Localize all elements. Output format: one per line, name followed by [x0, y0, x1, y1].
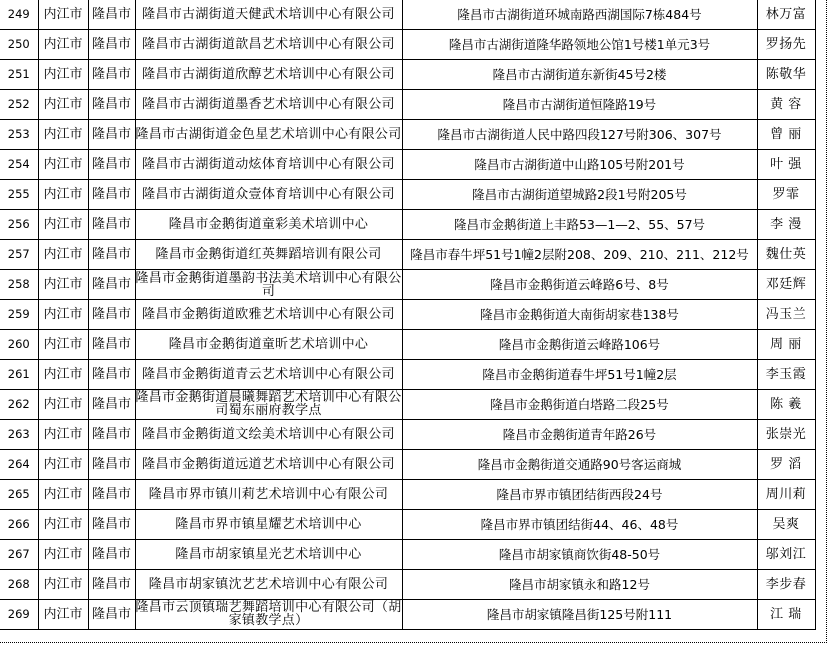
address-cell[interactable]: 隆昌市界市镇团结街西段24号 [402, 480, 757, 510]
row-number-cell[interactable]: 258 [0, 270, 38, 300]
address-cell[interactable]: 隆昌市金鹅街道云峰路106号 [402, 330, 757, 360]
county-cell[interactable]: 隆昌市 [88, 30, 135, 60]
legal-person-cell[interactable]: 罗霏 [757, 180, 815, 210]
address-cell[interactable]: 隆昌市古湖街道中山路105号附201号 [402, 150, 757, 180]
table-row: 253内江市隆昌市隆昌市古湖街道金色星艺术培训中心有限公司隆昌市古湖街道人民中路… [0, 120, 815, 150]
institution-name-text: 隆昌市金鹅街道墨韵书法美术培训中心有限公司 [136, 271, 402, 299]
institution-name-cell[interactable]: 隆昌市金鹅街道童昕艺术培训中心 [135, 330, 402, 360]
row-number-cell[interactable]: 261 [0, 360, 38, 390]
legal-person-cell[interactable]: 冯玉兰 [757, 300, 815, 330]
institution-name-text: 隆昌市金鹅街道童彩美术培训中心 [169, 217, 369, 232]
legal-person-cell[interactable]: 叶 强 [757, 150, 815, 180]
institution-name-cell[interactable]: 隆昌市金鹅街道欧雅艺术培训中心有限公司 [135, 300, 402, 330]
institution-name-cell[interactable]: 隆昌市界市镇川莉艺术培训中心有限公司 [135, 480, 402, 510]
county-cell[interactable]: 隆昌市 [88, 600, 135, 630]
table-row: 256内江市隆昌市隆昌市金鹅街道童彩美术培训中心隆昌市金鹅街道上丰路53—1—2… [0, 210, 815, 240]
institution-name-text: 隆昌市金鹅街道欧雅艺术培训中心有限公司 [142, 307, 395, 322]
row-number-cell[interactable]: 262 [0, 390, 38, 420]
table-row: 268内江市隆昌市隆昌市胡家镇沈艺艺术培训中心有限公司隆昌市胡家镇永和路12号李… [0, 570, 815, 600]
address-cell[interactable]: 隆昌市古湖街道隆华路领地公馆1号楼1单元3号 [402, 30, 757, 60]
city-cell[interactable]: 内江市 [38, 420, 88, 450]
institution-name-text: 隆昌市古湖街道墨香艺术培训中心有限公司 [142, 97, 395, 112]
city-cell[interactable]: 内江市 [38, 90, 88, 120]
row-number-cell[interactable]: 253 [0, 120, 38, 150]
institution-name-text: 隆昌市金鹅街道远道艺术培训中心有限公司 [142, 457, 395, 472]
address-cell[interactable]: 隆昌市古湖街道恒隆路19号 [402, 90, 757, 120]
institution-name-cell[interactable]: 隆昌市金鹅街道晨曦舞蹈艺术培训中心有限公司蜀东丽府教学点 [135, 390, 402, 420]
row-number-cell[interactable]: 257 [0, 240, 38, 270]
address-cell[interactable]: 隆昌市胡家镇隆昌街125号附111 [402, 600, 757, 630]
address-cell[interactable]: 隆昌市金鹅街道上丰路53—1—2、55、57号 [402, 210, 757, 240]
row-number-cell[interactable]: 251 [0, 60, 38, 90]
institution-name-text: 隆昌市金鹅街道红英舞蹈培训有限公司 [155, 247, 381, 262]
row-number-cell[interactable]: 259 [0, 300, 38, 330]
city-cell[interactable]: 内江市 [38, 300, 88, 330]
row-number-cell[interactable]: 265 [0, 480, 38, 510]
county-cell[interactable]: 隆昌市 [88, 510, 135, 540]
legal-person-cell[interactable]: 李 漫 [757, 210, 815, 240]
institution-name-text: 隆昌市古湖街道欣醇艺术培训中心有限公司 [142, 67, 395, 82]
address-cell[interactable]: 隆昌市金鹅街道青年路26号 [402, 420, 757, 450]
city-cell[interactable]: 内江市 [38, 390, 88, 420]
county-cell[interactable]: 隆昌市 [88, 120, 135, 150]
table-row: 255内江市隆昌市隆昌市古湖街道众壹体育培训中心有限公司隆昌市古湖街道望城路2段… [0, 180, 815, 210]
institution-name-text: 隆昌市金鹅街道童昕艺术培训中心 [169, 337, 369, 352]
address-cell[interactable]: 隆昌市春牛坪51号1幢2层附208、209、210、211、212号 [402, 240, 757, 270]
county-cell[interactable]: 隆昌市 [88, 450, 135, 480]
county-cell[interactable]: 隆昌市 [88, 0, 135, 30]
row-number-cell[interactable]: 254 [0, 150, 38, 180]
legal-person-cell[interactable]: 曾 丽 [757, 120, 815, 150]
city-cell[interactable]: 内江市 [38, 360, 88, 390]
institution-name-text: 隆昌市古湖街道歆昌艺术培训中心有限公司 [142, 37, 395, 52]
address-cell[interactable]: 隆昌市金鹅街道春牛坪51号1幢2层 [402, 360, 757, 390]
table-row: 252内江市隆昌市隆昌市古湖街道墨香艺术培训中心有限公司隆昌市古湖街道恒隆路19… [0, 90, 815, 120]
legal-person-cell[interactable]: 邓廷辉 [757, 270, 815, 300]
address-cell[interactable]: 隆昌市胡家镇永和路12号 [402, 570, 757, 600]
table-row: 251内江市隆昌市隆昌市古湖街道欣醇艺术培训中心有限公司隆昌市古湖街道东新街45… [0, 60, 815, 90]
city-cell[interactable]: 内江市 [38, 30, 88, 60]
table-row: 259内江市隆昌市隆昌市金鹅街道欧雅艺术培训中心有限公司隆昌市金鹅街道大南街胡家… [0, 300, 815, 330]
county-cell[interactable]: 隆昌市 [88, 210, 135, 240]
table-row: 263内江市隆昌市隆昌市金鹅街道文绘美术培训中心有限公司隆昌市金鹅街道青年路26… [0, 420, 815, 450]
legal-person-cell[interactable]: 李步春 [757, 570, 815, 600]
institution-name-text: 隆昌市金鹅街道文绘美术培训中心有限公司 [142, 427, 395, 442]
legal-person-cell[interactable]: 周 丽 [757, 330, 815, 360]
county-cell[interactable]: 隆昌市 [88, 240, 135, 270]
city-cell[interactable]: 内江市 [38, 540, 88, 570]
city-cell[interactable]: 内江市 [38, 270, 88, 300]
address-cell[interactable]: 隆昌市古湖街道望城路2段1号附205号 [402, 180, 757, 210]
city-cell[interactable]: 内江市 [38, 570, 88, 600]
institution-name-cell[interactable]: 隆昌市古湖街道欣醇艺术培训中心有限公司 [135, 60, 402, 90]
address-cell[interactable]: 隆昌市古湖街道东新街45号2楼 [402, 60, 757, 90]
institution-name-cell[interactable]: 隆昌市金鹅街道青云艺术培训中心有限公司 [135, 360, 402, 390]
table-row: 249内江市隆昌市隆昌市古湖街道天健武术培训中心有限公司隆昌市古湖街道环城南路西… [0, 0, 815, 30]
address-cell[interactable]: 隆昌市金鹅街道交通路90号客运商城 [402, 450, 757, 480]
table-body: 249内江市隆昌市隆昌市古湖街道天健武术培训中心有限公司隆昌市古湖街道环城南路西… [0, 0, 815, 630]
legal-person-cell[interactable]: 林万富 [757, 0, 815, 30]
institution-name-text: 隆昌市金鹅街道青云艺术培训中心有限公司 [142, 367, 395, 382]
row-number-cell[interactable]: 263 [0, 420, 38, 450]
institution-name-cell[interactable]: 隆昌市界市镇星耀艺术培训中心 [135, 510, 402, 540]
institution-name-cell[interactable]: 隆昌市金鹅街道童彩美术培训中心 [135, 210, 402, 240]
table-row: 266内江市隆昌市隆昌市界市镇星耀艺术培训中心隆昌市界市镇团结街44、46、48… [0, 510, 815, 540]
row-number-cell[interactable]: 268 [0, 570, 38, 600]
county-cell[interactable]: 隆昌市 [88, 330, 135, 360]
institution-name-cell[interactable]: 隆昌市金鹅街道墨韵书法美术培训中心有限公司 [135, 270, 402, 300]
legal-person-cell[interactable]: 黄 容 [757, 90, 815, 120]
county-cell[interactable]: 隆昌市 [88, 60, 135, 90]
row-number-cell[interactable]: 250 [0, 30, 38, 60]
address-cell[interactable]: 隆昌市胡家镇商饮街48-50号 [402, 540, 757, 570]
city-cell[interactable]: 内江市 [38, 150, 88, 180]
institution-name-cell[interactable]: 隆昌市金鹅街道红英舞蹈培训有限公司 [135, 240, 402, 270]
city-cell[interactable]: 内江市 [38, 210, 88, 240]
table-row: 254内江市隆昌市隆昌市古湖街道动炫体育培训中心有限公司隆昌市古湖街道中山路10… [0, 150, 815, 180]
row-number-cell[interactable]: 255 [0, 180, 38, 210]
row-number-cell[interactable]: 249 [0, 0, 38, 30]
legal-person-cell[interactable]: 陈敬华 [757, 60, 815, 90]
city-cell[interactable]: 内江市 [38, 60, 88, 90]
row-number-cell[interactable]: 264 [0, 450, 38, 480]
legal-person-cell[interactable]: 周川莉 [757, 480, 815, 510]
institution-name-text: 隆昌市金鹅街道晨曦舞蹈艺术培训中心有限公司蜀东丽府教学点 [136, 390, 402, 419]
institution-name-cell[interactable]: 隆昌市云顶镇瑞艺舞蹈培训中心有限公司（胡家镇教学点） [135, 600, 402, 630]
table-row: 261内江市隆昌市隆昌市金鹅街道青云艺术培训中心有限公司隆昌市金鹅街道春牛坪51… [0, 360, 815, 390]
page-break-horizontal [0, 642, 827, 643]
address-cell[interactable]: 隆昌市古湖街道环城南路西湖国际7栋484号 [402, 0, 757, 30]
city-cell[interactable]: 内江市 [38, 510, 88, 540]
county-cell[interactable]: 隆昌市 [88, 90, 135, 120]
institution-name-cell[interactable]: 隆昌市胡家镇沈艺艺术培训中心有限公司 [135, 570, 402, 600]
legal-person-cell[interactable]: 陈 羲 [757, 390, 815, 420]
institution-name-cell[interactable]: 隆昌市古湖街道动炫体育培训中心有限公司 [135, 150, 402, 180]
institution-name-text: 隆昌市界市镇星耀艺术培训中心 [175, 517, 361, 532]
table-row: 269内江市隆昌市隆昌市云顶镇瑞艺舞蹈培训中心有限公司（胡家镇教学点）隆昌市胡家… [0, 600, 815, 630]
legal-person-cell[interactable]: 江 瑞 [757, 600, 815, 630]
institution-name-text: 隆昌市云顶镇瑞艺舞蹈培训中心有限公司（胡家镇教学点） [136, 600, 402, 629]
address-cell[interactable]: 隆昌市金鹅街道云峰路6号、8号 [402, 270, 757, 300]
institution-name-text: 隆昌市古湖街道动炫体育培训中心有限公司 [142, 157, 395, 172]
institution-name-text: 隆昌市胡家镇星光艺术培训中心 [175, 547, 361, 562]
county-cell[interactable]: 隆昌市 [88, 270, 135, 300]
row-number-cell[interactable]: 267 [0, 540, 38, 570]
table-row: 260内江市隆昌市隆昌市金鹅街道童昕艺术培训中心隆昌市金鹅街道云峰路106号周 … [0, 330, 815, 360]
city-cell[interactable]: 内江市 [38, 600, 88, 630]
county-cell[interactable]: 隆昌市 [88, 150, 135, 180]
institution-name-cell[interactable]: 隆昌市金鹅街道远道艺术培训中心有限公司 [135, 450, 402, 480]
city-cell[interactable]: 内江市 [38, 120, 88, 150]
row-number-cell[interactable]: 266 [0, 510, 38, 540]
county-cell[interactable]: 隆昌市 [88, 180, 135, 210]
row-number-cell[interactable]: 269 [0, 600, 38, 630]
address-cell[interactable]: 隆昌市古湖街道人民中路四段127号附306、307号 [402, 120, 757, 150]
county-cell[interactable]: 隆昌市 [88, 360, 135, 390]
table-row: 262内江市隆昌市隆昌市金鹅街道晨曦舞蹈艺术培训中心有限公司蜀东丽府教学点隆昌市… [0, 390, 815, 420]
city-cell[interactable]: 内江市 [38, 180, 88, 210]
legal-person-cell[interactable]: 罗扬先 [757, 30, 815, 60]
address-cell[interactable]: 隆昌市金鹅街道大南街胡家巷138号 [402, 300, 757, 330]
table-row: 265内江市隆昌市隆昌市界市镇川莉艺术培训中心有限公司隆昌市界市镇团结街西段24… [0, 480, 815, 510]
institution-name-cell[interactable]: 隆昌市胡家镇星光艺术培训中心 [135, 540, 402, 570]
city-cell[interactable]: 内江市 [38, 0, 88, 30]
legal-person-cell[interactable]: 吴爽 [757, 510, 815, 540]
city-cell[interactable]: 内江市 [38, 480, 88, 510]
table-row: 257内江市隆昌市隆昌市金鹅街道红英舞蹈培训有限公司隆昌市春牛坪51号1幢2层附… [0, 240, 815, 270]
row-number-cell[interactable]: 256 [0, 210, 38, 240]
legal-person-cell[interactable]: 魏仕英 [757, 240, 815, 270]
row-number-cell[interactable]: 260 [0, 330, 38, 360]
county-cell[interactable]: 隆昌市 [88, 480, 135, 510]
institution-name-cell[interactable]: 隆昌市古湖街道歆昌艺术培训中心有限公司 [135, 30, 402, 60]
county-cell[interactable]: 隆昌市 [88, 420, 135, 450]
table-row: 250内江市隆昌市隆昌市古湖街道歆昌艺术培训中心有限公司隆昌市古湖街道隆华路领地… [0, 30, 815, 60]
institution-name-cell[interactable]: 隆昌市金鹅街道文绘美术培训中心有限公司 [135, 420, 402, 450]
institution-name-text: 隆昌市胡家镇沈艺艺术培训中心有限公司 [149, 577, 388, 592]
legal-person-cell[interactable]: 李玉霞 [757, 360, 815, 390]
table-row: 267内江市隆昌市隆昌市胡家镇星光艺术培训中心隆昌市胡家镇商饮街48-50号邬刘… [0, 540, 815, 570]
institution-name-text: 隆昌市古湖街道天健武术培训中心有限公司 [142, 7, 395, 22]
county-cell[interactable]: 隆昌市 [88, 390, 135, 420]
institution-name-text: 隆昌市古湖街道众壹体育培训中心有限公司 [142, 187, 395, 202]
county-cell[interactable]: 隆昌市 [88, 300, 135, 330]
institution-name-text: 隆昌市古湖街道金色星艺术培训中心有限公司 [136, 127, 402, 142]
institution-name-cell[interactable]: 隆昌市古湖街道众壹体育培训中心有限公司 [135, 180, 402, 210]
city-cell[interactable]: 内江市 [38, 330, 88, 360]
legal-person-cell[interactable]: 邬刘江 [757, 540, 815, 570]
address-cell[interactable]: 隆昌市界市镇团结街44、46、48号 [402, 510, 757, 540]
city-cell[interactable]: 内江市 [38, 240, 88, 270]
institution-name-cell[interactable]: 隆昌市古湖街道墨香艺术培训中心有限公司 [135, 90, 402, 120]
city-cell[interactable]: 内江市 [38, 450, 88, 480]
address-cell[interactable]: 隆昌市金鹅街道白塔路二段25号 [402, 390, 757, 420]
spreadsheet-table-area: 249内江市隆昌市隆昌市古湖街道天健武术培训中心有限公司隆昌市古湖街道环城南路西… [0, 0, 815, 630]
table-row: 258内江市隆昌市隆昌市金鹅街道墨韵书法美术培训中心有限公司隆昌市金鹅街道云峰路… [0, 270, 815, 300]
table-row: 264内江市隆昌市隆昌市金鹅街道远道艺术培训中心有限公司隆昌市金鹅街道交通路90… [0, 450, 815, 480]
institution-name-text: 隆昌市界市镇川莉艺术培训中心有限公司 [149, 487, 388, 502]
institution-name-cell[interactable]: 隆昌市古湖街道金色星艺术培训中心有限公司 [135, 120, 402, 150]
county-cell[interactable]: 隆昌市 [88, 540, 135, 570]
legal-person-cell[interactable]: 张崇光 [757, 420, 815, 450]
page-break-vertical [826, 0, 827, 643]
legal-person-cell[interactable]: 罗 滔 [757, 450, 815, 480]
row-number-cell[interactable]: 252 [0, 90, 38, 120]
county-cell[interactable]: 隆昌市 [88, 570, 135, 600]
institution-name-cell[interactable]: 隆昌市古湖街道天健武术培训中心有限公司 [135, 0, 402, 30]
training-institutions-table: 249内江市隆昌市隆昌市古湖街道天健武术培训中心有限公司隆昌市古湖街道环城南路西… [0, 0, 816, 630]
